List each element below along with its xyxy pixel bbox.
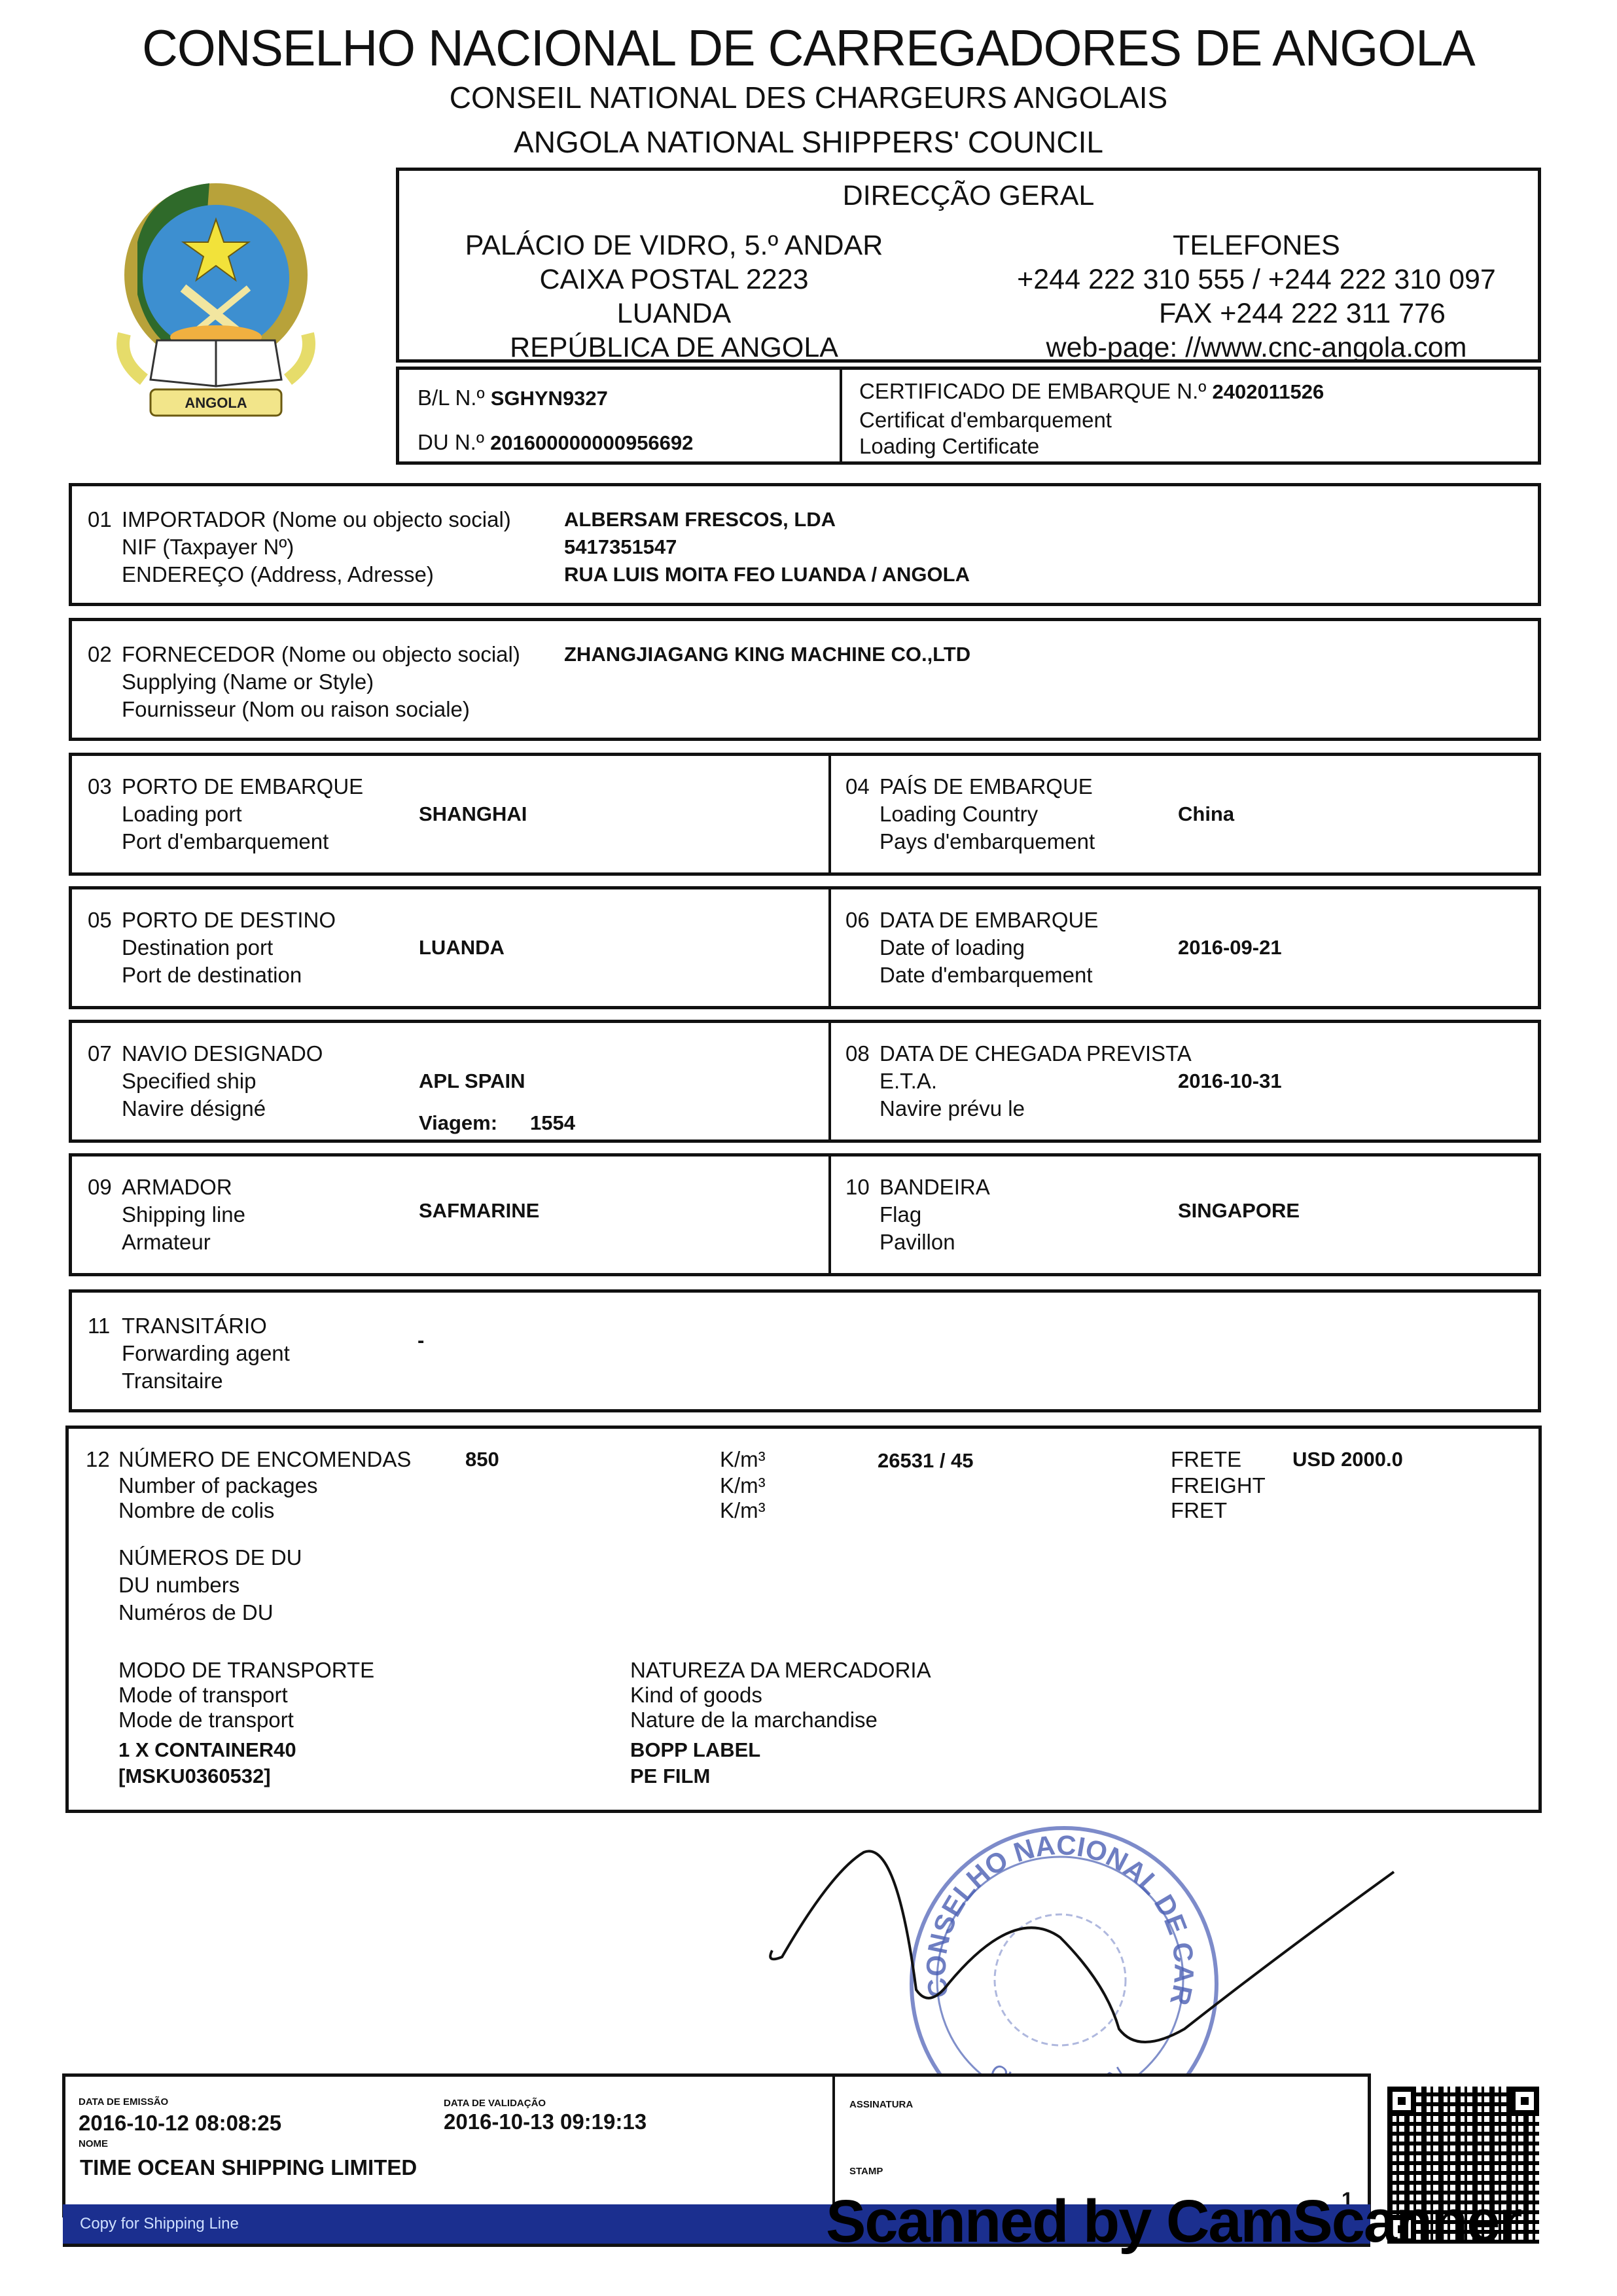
voyage-label: Viagem: <box>419 1109 497 1137</box>
copy-label: Copy for Shipping Line <box>80 2215 239 2233</box>
stamp-label: STAMP <box>849 2166 883 2177</box>
destination-port: LUANDA <box>419 934 505 961</box>
angola-emblem-icon: ANGOLA <box>111 164 321 425</box>
validation-date-label: DATA DE VALIDAÇÃO <box>444 2098 546 2109</box>
direction-title: DIRECÇÃO GERAL <box>399 180 1538 212</box>
signature-label: ASSINATURA <box>849 2099 913 2110</box>
section-12-packages: 12 NÚMERO DE ENCOMENDAS Number of packag… <box>65 1426 1542 1813</box>
shipping-line: SAFMARINE <box>419 1197 539 1225</box>
council-title-en: ANGOLA NATIONAL SHIPPERS' COUNCIL <box>0 124 1617 160</box>
reference-box: B/L N.º SGHYN9327 DU N.º 201600000000956… <box>396 367 1541 465</box>
row-05-06: 05 PORTO DE DESTINO Destination port Por… <box>69 886 1541 1009</box>
weight-volume: 26531 / 45 <box>878 1447 974 1475</box>
importer-name: ALBERSAM FRESCOS, LDA <box>564 506 836 533</box>
freight-value: USD 2000.0 <box>1292 1446 1403 1473</box>
loading-port: SHANGHAI <box>419 800 527 828</box>
camscanner-watermark: Scanned by CamScanner <box>826 2187 1521 2256</box>
issue-date-label: DATA DE EMISSÃO <box>79 2096 168 2108</box>
loading-country: China <box>1178 800 1234 828</box>
container-number: [MSKU0360532] <box>118 1763 271 1790</box>
row-09-10: 09 ARMADOR Shipping line Armateur SAFMAR… <box>69 1153 1541 1276</box>
phones-label: TELEFONES <box>988 230 1525 262</box>
emblem-label: ANGOLA <box>185 395 247 411</box>
row-03-04: 03 PORTO DE EMBARQUE Loading port Port d… <box>69 753 1541 876</box>
loading-date: 2016-09-21 <box>1178 934 1282 961</box>
council-title-pt: CONSELHO NACIONAL DE CARREGADORES DE ANG… <box>24 18 1593 78</box>
transport-container: 1 X CONTAINER40 <box>118 1736 296 1764</box>
forwarding-agent-value: - <box>418 1327 424 1354</box>
signature-icon <box>753 1833 1407 2094</box>
goods-item-2: PE FILM <box>630 1763 710 1790</box>
address-line-4: REPÚBLICA DE ANGOLA <box>412 332 936 364</box>
supplier-name: ZHANGJIAGANG KING MACHINE CO.,LTD <box>564 641 970 668</box>
package-count: 850 <box>465 1446 499 1473</box>
validation-date: 2016-10-13 09:19:13 <box>444 2109 647 2134</box>
certificate-fr: Certificat d'embarquement <box>859 406 1112 434</box>
direction-box: DIRECÇÃO GERAL PALÁCIO DE VIDRO, 5.º AND… <box>396 168 1541 363</box>
flag-country: SINGAPORE <box>1178 1197 1300 1225</box>
section-01-importer: 01 IMPORTADOR (Nome ou objecto social) N… <box>69 483 1541 606</box>
shipping-line-name: TIME OCEAN SHIPPING LIMITED <box>80 2155 417 2180</box>
goods-item-1: BOPP LABEL <box>630 1736 760 1764</box>
row-07-08: 07 NAVIO DESIGNADO Specified ship Navire… <box>69 1020 1541 1143</box>
bl-number: B/L N.º SGHYN9327 <box>418 386 608 410</box>
importer-address: RUA LUIS MOITA FEO LUANDA / ANGOLA <box>564 561 970 588</box>
address-line-1: PALÁCIO DE VIDRO, 5.º ANDAR <box>412 230 936 262</box>
web-page: web-page: //www.cnc-angola.com <box>988 332 1525 364</box>
du-number: DU N.º 201600000000956692 <box>418 430 693 455</box>
section-02-supplier: 02 FORNECEDOR (Nome ou objecto social) S… <box>69 618 1541 741</box>
certificate-number: CERTIFICADO DE EMBARQUE N.º 2402011526 <box>859 379 1324 404</box>
ship-name: APL SPAIN <box>419 1067 525 1095</box>
name-label: NOME <box>79 2138 108 2149</box>
address-line-2: CAIXA POSTAL 2223 <box>412 264 936 296</box>
voyage-number: 1554 <box>530 1109 575 1137</box>
eta-date: 2016-10-31 <box>1178 1067 1282 1095</box>
issue-date: 2016-10-12 08:08:25 <box>79 2111 281 2136</box>
section-11-forwarding-agent: 11 TRANSITÁRIO Forwarding agent Transita… <box>69 1289 1541 1412</box>
fax-number: FAX +244 222 311 776 <box>1034 298 1571 330</box>
importer-nif: 5417351547 <box>564 533 677 561</box>
council-title-fr: CONSEIL NATIONAL DES CHARGEURS ANGOLAIS <box>0 80 1617 115</box>
phone-numbers: +244 222 310 555 / +244 222 310 097 <box>988 264 1525 296</box>
address-line-3: LUANDA <box>412 298 936 330</box>
certificate-en: Loading Certificate <box>859 433 1039 460</box>
